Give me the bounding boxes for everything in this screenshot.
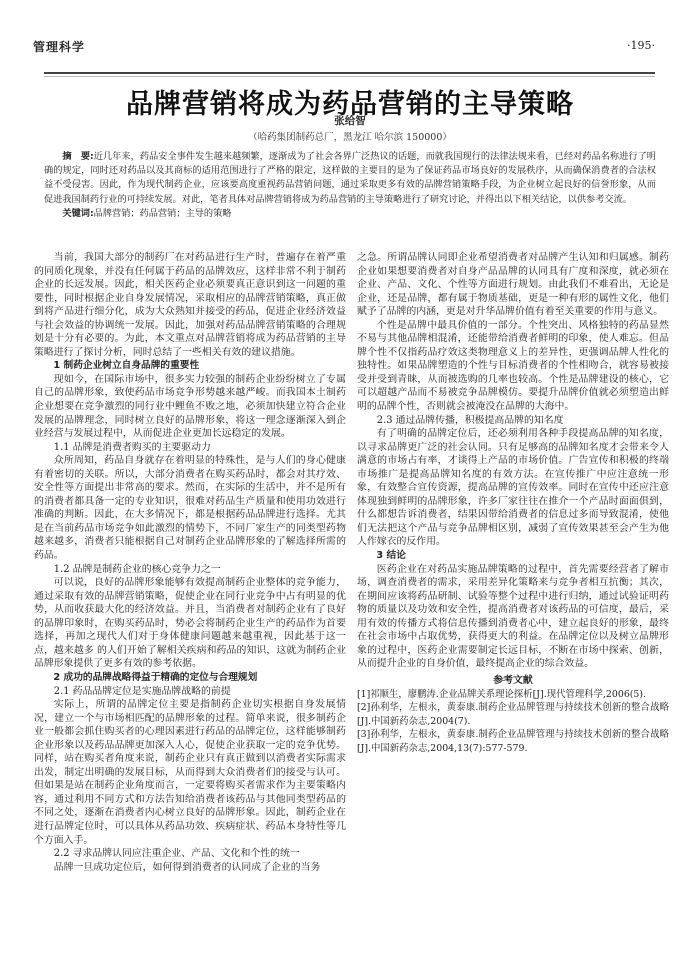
section-heading-3: 3 结论 — [357, 549, 669, 563]
body-paragraph: 个性是品牌中最具价值的一部分。个性突出、风格独特的药品显然不易与其他品牌相混淆，… — [357, 319, 669, 414]
abstract-text: 近几年来，药品安全事件发生越来越频繁，逐渐成为了社会各界广泛热议的话题，而就我国… — [44, 151, 656, 205]
body-paragraph: 实际上，所谓的品牌定位主要是指制药企业切实根据自身发展情况，建立一个与市场相匹配… — [34, 698, 346, 847]
keywords-text: 品牌营销；药品营销；主导的策略 — [94, 208, 232, 219]
reference-item: [3]孙利华，左根永，黄泰康.制药企业品牌管理与持续技术创新的整合战略[J].中… — [357, 728, 669, 755]
body-paragraph: 可以说，良好的品牌形象能够有效提高制药企业整体的竞争能力，通过采取有效的品牌营销… — [34, 576, 346, 671]
abstract-block: 摘 要:近几年来，药品安全事件发生越来越频繁，逐渐成为了社会各界广泛热议的话题，… — [44, 150, 656, 221]
header-rule — [44, 72, 655, 74]
continued-paragraph: 之急。所谓品牌认同即企业希望消费者对品牌产生认知和归属感。制药企业如果想要消费者… — [357, 251, 669, 319]
section-heading-2: 2 成功的品牌战略得益于精确的定位与合理规划 — [34, 671, 346, 685]
article-affiliation: （哈药集团制药总厂，黑龙江 哈尔滨 150000） — [0, 129, 700, 143]
subsection-heading-2-1: 2.1 药品品牌定位是实施品牌战略的前提 — [34, 685, 346, 699]
body-paragraph: 众所周知，药品自身就存在着明显的特殊性，是与人们的身心健康有着密切的关联。所以，… — [34, 454, 346, 562]
subsection-heading-2-2: 2.2 寻求品牌认同应注重企业、产品、文化和个性的统一 — [34, 847, 346, 861]
header-rule-thin — [44, 76, 655, 77]
body-paragraph: 有了明确的品牌定位后，还必须利用各种手段提高品牌的知名度，以寻求品牌更广泛的社会… — [357, 427, 669, 549]
section-heading-1: 1 制药企业树立自身品牌的重要性 — [34, 359, 346, 373]
article-author: 张给智 — [0, 113, 700, 128]
page-number: ·195· — [627, 39, 655, 52]
subsection-heading-2-3: 2.3 通过品牌传播，积极提高品牌的知名度 — [357, 414, 669, 428]
left-column: 当前，我国大部分的制药厂在对药品进行生产时，普遍存在着严重的同质化现象，并没有任… — [34, 251, 346, 874]
reference-item: [1]祁顺生，廖鹏涛.企业品牌关系理论探析[J].现代管理科学,2006(5). — [357, 688, 669, 702]
abstract-paragraph: 摘 要:近几年来，药品安全事件发生越来越频繁，逐渐成为了社会各界广泛热议的话题，… — [44, 150, 656, 207]
journal-section-name: 管理科学 — [33, 38, 85, 55]
subsection-heading-1-1: 1.1 品牌是消费者购买的主要驱动力 — [34, 441, 346, 455]
reference-item: [2]孙利华，左根永，黄泰康.制药企业品牌管理与持续技术创新的整合战略[J].中… — [357, 701, 669, 728]
body-paragraph: 现如今，在国际市场中，很多实力较强的制药企业纷纷树立了专属自己的品牌形象，致使药… — [34, 373, 346, 441]
running-head: 管理科学 ·195· — [33, 36, 655, 56]
body-paragraph: 品牌一旦成功定位后，如何得到消费者的认同成了企业的当务 — [34, 861, 346, 875]
keywords-label: 关键词: — [62, 208, 93, 219]
subsection-heading-1-2: 1.2 品牌是制药企业的核心竞争力之一 — [34, 563, 346, 577]
abstract-label: 摘 要: — [62, 151, 93, 162]
references-heading: 参考文献 — [357, 674, 669, 688]
right-column: 之急。所谓品牌认同即企业希望消费者对品牌产生认知和归属感。制药企业如果想要消费者… — [357, 251, 669, 755]
intro-paragraph: 当前，我国大部分的制药厂在对药品进行生产时，普遍存在着严重的同质化现象，并没有任… — [34, 251, 346, 359]
keywords-paragraph: 关键词:品牌营销；药品营销；主导的策略 — [44, 207, 656, 221]
conclusion-paragraph: 医药企业在对药品实施品牌策略的过程中，首先需要经营者了解市场，调查消费者的需求，… — [357, 563, 669, 671]
